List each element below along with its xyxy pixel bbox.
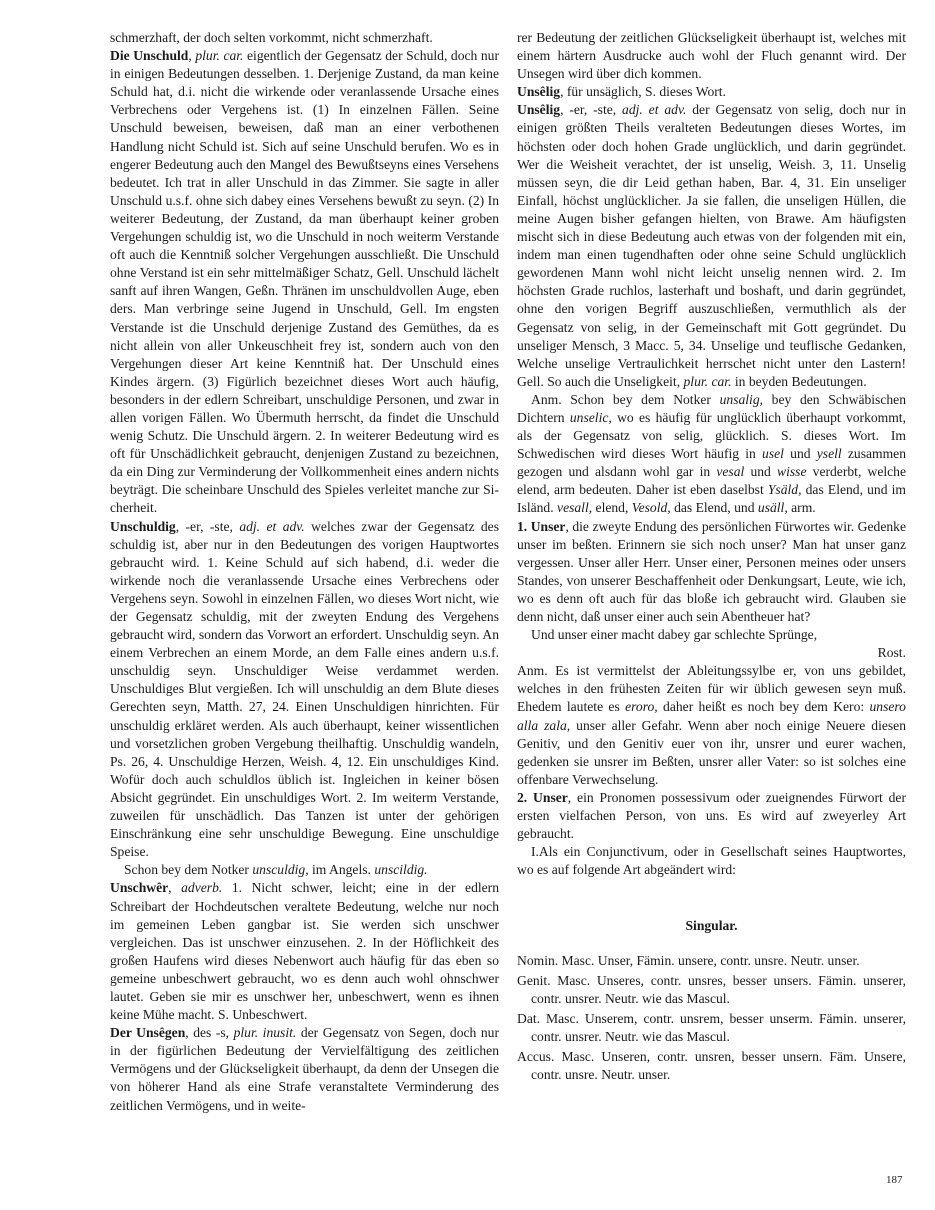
left-column: schmerzhaft, der doch selten vorkommt, n… bbox=[110, 29, 499, 1115]
entry-text: , für unsäglich, S. dieses Wort. bbox=[560, 84, 726, 99]
note-text: im Angels. bbox=[309, 862, 375, 877]
etymology-note: Schon bey dem Notker unsculdig, im Angel… bbox=[110, 861, 499, 879]
note-term: unscildig. bbox=[374, 862, 427, 877]
entry-text: welches zwar der Gegensatz des schuldig … bbox=[110, 519, 499, 860]
note-text: arm. bbox=[788, 500, 816, 515]
headword: Unschuldig bbox=[110, 519, 176, 534]
entry-unschwer: Unschwêr, adverb. 1. Nicht schwer, leich… bbox=[110, 879, 499, 1024]
entry-unser-1: 1. Unser, die zweyte Endung des persönli… bbox=[517, 518, 906, 627]
grammar-label: plur. inusit. bbox=[234, 1025, 297, 1040]
headword: Unsêlig bbox=[517, 84, 560, 99]
entry-text: in beyden Bedeutungen. bbox=[731, 374, 866, 389]
grammar-label: adj. et adv. bbox=[622, 102, 686, 117]
entry-text: , ein Pronomen possessivum oder zueignen… bbox=[517, 790, 906, 841]
entry-unschuld: Die Unschuld, plur. car. eigentlich der … bbox=[110, 47, 499, 517]
headword: Der Unsêgen bbox=[110, 1025, 185, 1040]
headword: Die Unschuld bbox=[110, 48, 188, 63]
note-text: Anm. Schon bey dem Notker bbox=[531, 392, 720, 407]
note-term: wisse bbox=[777, 464, 806, 479]
note-term: Vesold, bbox=[632, 500, 671, 515]
page-number: 187 bbox=[886, 1174, 903, 1186]
word-forms: , des -s, bbox=[185, 1025, 233, 1040]
quotation: Und unser einer macht dabey gar schlecht… bbox=[517, 626, 906, 644]
note-text: unser aller Gefahr. Wenn aber noch einig… bbox=[517, 718, 906, 787]
entry-text: 1. Nicht schwer, leicht; eine in der edl… bbox=[110, 880, 499, 1022]
entry-text: der Gegensatz von selig, doch nur in ein… bbox=[517, 102, 906, 388]
continuation-text: rer Bedeutung der zeitlichen Glückseligk… bbox=[517, 29, 906, 83]
note-term: usäll, bbox=[758, 500, 788, 515]
entry-unselig-1: Unsêlig, für unsäglich, S. dieses Wort. bbox=[517, 83, 906, 101]
entry-unser-2: 2. Unser, ein Pronomen possessivum oder … bbox=[517, 789, 906, 843]
note-term: ysell bbox=[817, 446, 842, 461]
grammar-label: plur. car. bbox=[195, 48, 243, 63]
note-term: unsalig, bbox=[720, 392, 763, 407]
entry-unselig-2: Unsêlig, -er, -ste, adj. et adv. der Geg… bbox=[517, 101, 906, 391]
declension-row: Nomin. Masc. Unser, Fämin. unsere, contr… bbox=[517, 952, 906, 970]
declension-heading: Singular. bbox=[517, 917, 906, 935]
note-term: usel bbox=[762, 446, 784, 461]
note-text: und bbox=[744, 464, 777, 479]
note-text: das Elend, und bbox=[671, 500, 758, 515]
note-term: unselic, bbox=[570, 410, 612, 425]
grammar-label: adj. et adv. bbox=[239, 519, 304, 534]
note-text: daher heißt es noch bey dem Kero: bbox=[658, 699, 870, 714]
continuation-text: schmerzhaft, der doch selten vorkommt, n… bbox=[110, 29, 499, 47]
declension-table: Nomin. Masc. Unser, Fämin. unsere, contr… bbox=[517, 952, 906, 1085]
note-term: eroro, bbox=[625, 699, 658, 714]
annotation-unser: Anm. Es ist vermittelst der Ableitungssy… bbox=[517, 662, 906, 789]
word-forms: , -er, -ste, bbox=[176, 519, 240, 534]
entry-unsegen: Der Unsêgen, des -s, plur. inusit. der G… bbox=[110, 1024, 499, 1114]
entry-text: , die zweyte Endung des persönlichen Für… bbox=[517, 519, 906, 624]
note-term: Ysäld, bbox=[768, 482, 802, 497]
declension-row: Accus. Masc. Unseren, contr. unsren, bes… bbox=[517, 1048, 906, 1084]
note-text: und bbox=[784, 446, 817, 461]
right-column: rer Bedeutung der zeitlichen Glückseligk… bbox=[517, 29, 906, 1086]
word-forms: , -er, -ste, bbox=[560, 102, 622, 117]
declension-row: Dat. Masc. Unserem, contr. unsrem, besse… bbox=[517, 1010, 906, 1046]
headword: Unschwêr bbox=[110, 880, 168, 895]
annotation-unselig: Anm. Schon bey dem Notker unsalig, bey d… bbox=[517, 391, 906, 518]
headword: 1. Unser bbox=[517, 519, 565, 534]
declension-row: Genit. Masc. Unseres, contr. unsres, bes… bbox=[517, 972, 906, 1008]
quotation-source: Rost. bbox=[517, 644, 906, 662]
note-text: elend, bbox=[592, 500, 632, 515]
note-term: vesall, bbox=[557, 500, 592, 515]
note-text: Schon bey dem Notker bbox=[124, 862, 252, 877]
grammar-label: plur. car. bbox=[684, 374, 732, 389]
note-term: unsculdig, bbox=[252, 862, 308, 877]
grammar-label: adverb. bbox=[181, 880, 222, 895]
headword: 2. Unser bbox=[517, 790, 568, 805]
entry-text: eigentlich der Gegensatz der Schuld, doc… bbox=[110, 48, 499, 515]
sub-section: I.Als ein Conjunctivum, oder in Gesellsc… bbox=[517, 843, 906, 879]
headword: Unsêlig bbox=[517, 102, 560, 117]
note-term: vesal bbox=[716, 464, 744, 479]
entry-unschuldig: Unschuldig, -er, -ste, adj. et adv. welc… bbox=[110, 518, 499, 862]
